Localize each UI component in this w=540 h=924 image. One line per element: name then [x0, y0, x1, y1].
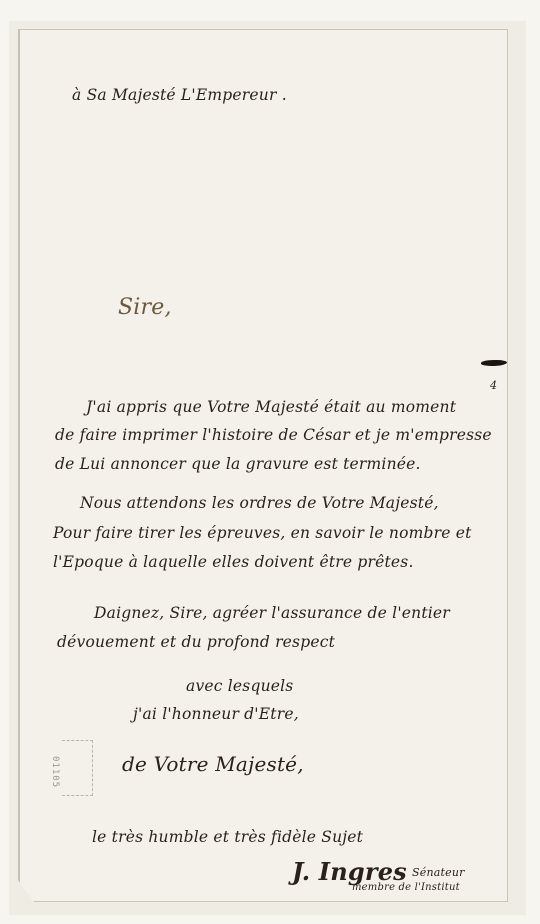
body-line: Daignez, Sire, agréer l'assurance de l'e… — [94, 604, 450, 622]
signature-affiliation: membre de l'Institut — [352, 882, 460, 893]
closing-line: le très humble et très fidèle Sujet — [92, 828, 363, 846]
body-line: dévouement et du profond respect — [57, 633, 335, 651]
body-line: Pour faire tirer les épreuves, en savoir… — [53, 524, 472, 542]
address-line: à Sa Majesté L'Empereur . — [72, 86, 287, 104]
body-line: de faire imprimer l'histoire de César et… — [55, 426, 492, 444]
closing-line: j'ai l'honneur d'Etre, — [133, 705, 299, 723]
signature-title: Sénateur — [412, 866, 465, 879]
body-line: l'Epoque à laquelle elles doivent être p… — [53, 553, 414, 571]
body-line: J'ai appris que Votre Majesté était au m… — [86, 398, 456, 416]
archive-stamp-number: 01105 — [50, 756, 60, 788]
body-line: Nous attendons les ordres de Votre Majes… — [80, 494, 439, 512]
body-line: de Lui annoncer que la gravure est termi… — [55, 455, 421, 473]
archive-stamp — [62, 740, 93, 796]
closing-line: avec lesquels — [186, 677, 293, 695]
closing-line: de Votre Majesté, — [122, 752, 304, 776]
folio-mark: 4 — [490, 379, 497, 392]
salutation: Sire, — [118, 295, 172, 320]
